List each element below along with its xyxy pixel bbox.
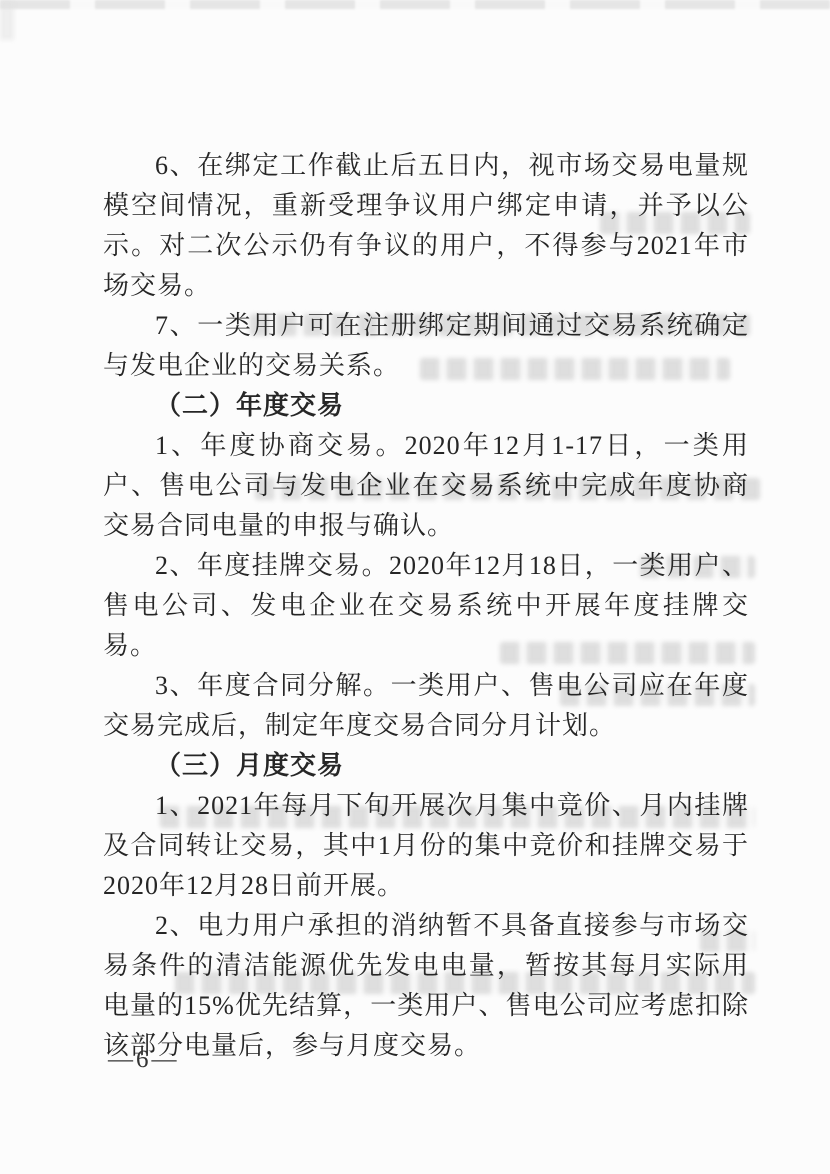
paragraph-annual-1: 1、年度协商交易。2020年12月1-17日，一类用户、售电公司与发电企业在交易… [103,426,749,546]
paragraph-annual-2: 2、年度挂牌交易。2020年12月18日，一类用户、售电公司、发电企业在交易系统… [103,546,749,666]
document-body: 6、在绑定工作截止后五日内，视市场交易电量规模空间情况，重新受理争议用户绑定申请… [103,146,749,1066]
paragraph-item-6: 6、在绑定工作截止后五日内，视市场交易电量规模空间情况，重新受理争议用户绑定申请… [103,146,749,306]
section-heading-annual: （二）年度交易 [103,386,749,426]
paragraph-monthly-2: 2、电力用户承担的消纳暂不具备直接参与市场交易条件的清洁能源优先发电电量，暂按其… [103,906,749,1066]
section-heading-monthly: （三）月度交易 [103,746,749,786]
paragraph-monthly-1: 1、2021年每月下旬开展次月集中竞价、月内挂牌及合同转让交易，其中1月份的集中… [103,786,749,906]
scan-artifact-top [0,0,830,9]
document-page: 6、在绑定工作截止后五日内，视市场交易电量规模空间情况，重新受理争议用户绑定申请… [0,0,830,1174]
paragraph-item-7: 7、一类用户可在注册绑定期间通过交易系统确定与发电企业的交易关系。 [103,306,749,386]
page-number: —6— [108,1046,180,1074]
scan-artifact-left [0,0,14,40]
paragraph-annual-3: 3、年度合同分解。一类用户、售电公司应在年度交易完成后，制定年度交易合同分月计划… [103,666,749,746]
